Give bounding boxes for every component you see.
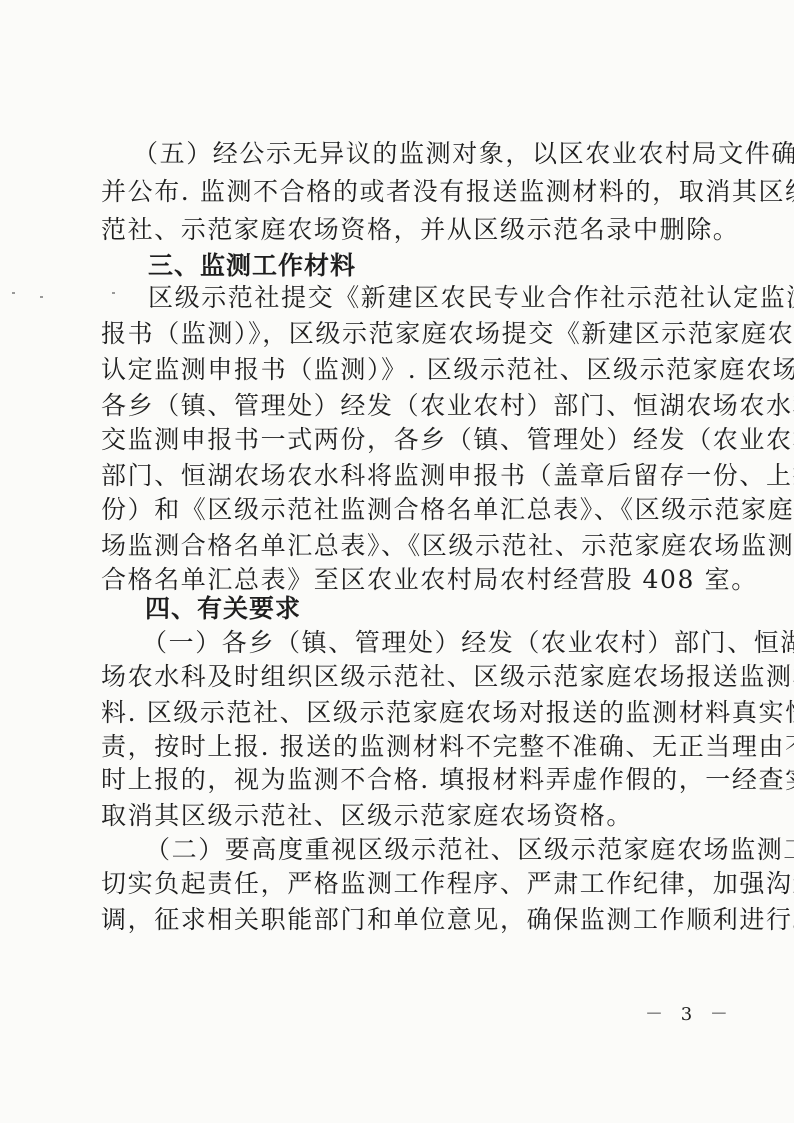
paragraph-line: 各乡（镇、管理处）经发（农业农村）部门、恒湖农场农水科提	[101, 390, 701, 421]
paragraph-line: 并公布. 监测不合格的或者没有报送监测材料的，取消其区级示	[101, 176, 701, 207]
scan-speck	[40, 296, 43, 298]
scan-speck	[112, 292, 115, 294]
paragraph-line: 区级示范社提交《新建区农民专业合作社示范社认定监测申	[148, 282, 701, 313]
paragraph-line: 责，按时上报. 报送的监测材料不完整不准确、无正当理由不按	[101, 731, 701, 762]
paragraph-line: 部门、恒湖农场农水科将监测申报书（盖章后留存一份、上报一	[101, 460, 701, 491]
paragraph-line: 取消其区级示范社、区级示范家庭农场资格。	[101, 800, 701, 831]
paragraph-line: 时上报的，视为监测不合格. 填报材料弄虚作假的，一经查实，	[101, 764, 701, 795]
document-page: （五）经公示无异议的监测对象，以区农业农村局文件确认 并公布. 监测不合格的或者…	[0, 0, 794, 1123]
paragraph-line: 切实负起责任，严格监测工作程序、严肃工作纪律，加强沟通协	[101, 868, 701, 899]
paragraph-line: 报书（监测）》，区级示范家庭农场提交《新建区示范家庭农场	[101, 318, 701, 349]
scan-speck	[12, 292, 15, 294]
paragraph-line: （五）经公示无异议的监测对象，以区农业农村局文件确认	[133, 138, 701, 169]
scan-speck	[748, 300, 751, 302]
paragraph-line: 调，征求相关职能部门和单位意见，确保监测工作顺利进行。	[101, 904, 701, 935]
paragraph-line: 合格名单汇总表》至区农业农村局农村经营股 408 室。	[101, 564, 701, 595]
paragraph-line: 料. 区级示范社、区级示范家庭农场对报送的监测材料真实性负	[101, 697, 701, 728]
paragraph-line: 交监测申报书一式两份，各乡（镇、管理处）经发（农业农村）	[101, 424, 701, 455]
paragraph-line: 份）和《区级示范社监测合格名单汇总表》、《区级示范家庭农	[101, 494, 701, 525]
section-heading: 四、有关要求	[145, 593, 745, 624]
paragraph-line: （一）各乡（镇、管理处）经发（农业农村）部门、恒湖农	[142, 627, 701, 658]
paragraph-line: 认定监测申报书（监测）》. 区级示范社、区级示范家庭农场向	[101, 354, 701, 385]
paragraph-line: （二）要高度重视区级示范社、区级示范家庭农场监测工作，	[145, 834, 701, 865]
paragraph-line: 场监测合格名单汇总表》、《区级示范社、示范家庭农场监测不	[101, 530, 701, 561]
page-number: － 3 －	[645, 1000, 734, 1026]
paragraph-line: 场农水科及时组织区级示范社、区级示范家庭农场报送监测材	[101, 661, 701, 692]
section-heading: 三、监测工作材料	[148, 250, 748, 281]
paragraph-line: 范社、示范家庭农场资格，并从区级示范名录中删除。	[101, 214, 701, 245]
